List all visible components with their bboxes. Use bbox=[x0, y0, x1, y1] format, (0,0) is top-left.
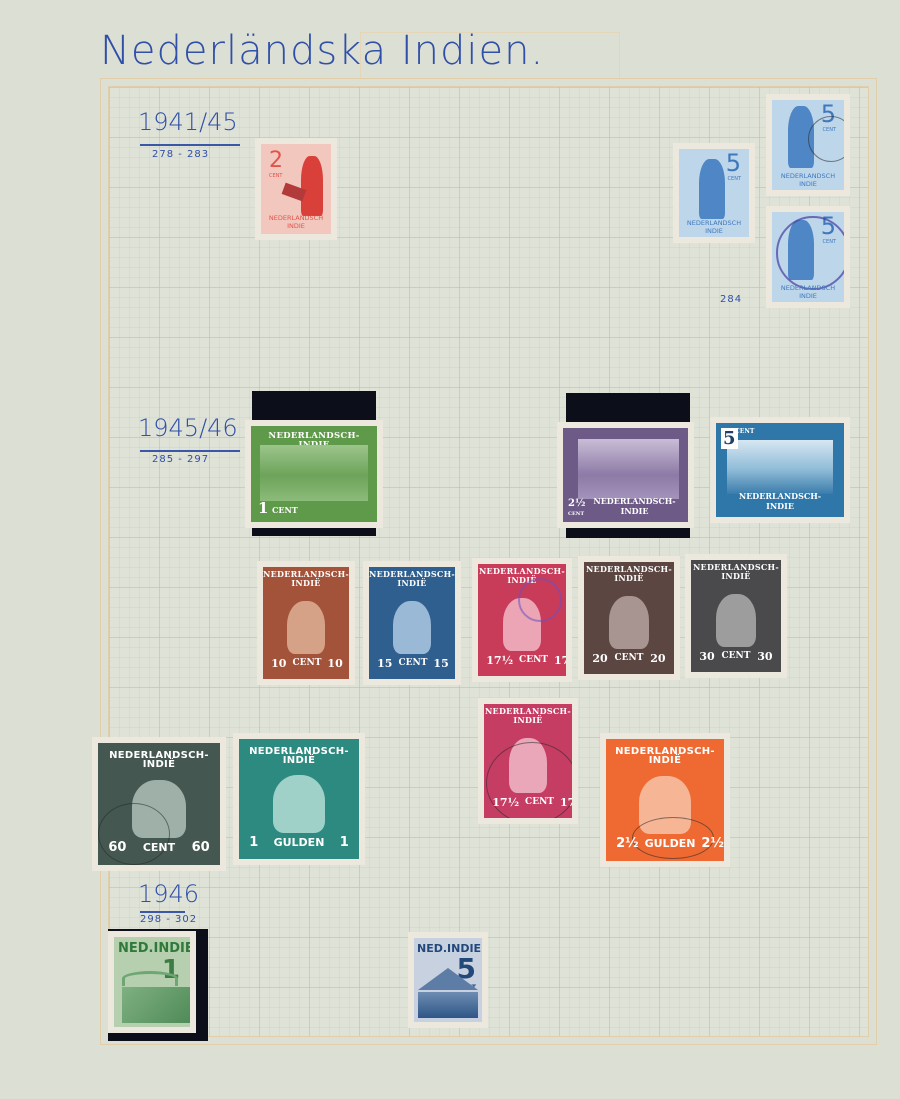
stamp[interactable]: NEDERLANDSCH-INDIË 2½GULDEN2½ bbox=[600, 733, 730, 867]
stamp[interactable]: NEDERLANDSCH-INDIË 15CENT15 bbox=[363, 561, 461, 685]
stamp-country: NEDERLANDSCH-INDIË bbox=[691, 560, 781, 581]
bridge-arch bbox=[122, 971, 178, 986]
stamp-value: 17½ bbox=[489, 796, 522, 809]
postmark bbox=[518, 578, 562, 622]
stamp[interactable]: 5 CENT NEDERLANDSCH INDIE bbox=[766, 206, 850, 308]
stamp-value-right: 60 bbox=[189, 840, 213, 855]
stamp-country: NEDERLANDSCH INDIE bbox=[772, 284, 844, 300]
stamp-value: 30 bbox=[696, 650, 717, 663]
stamp-value: 1 bbox=[246, 835, 261, 850]
stamp-unit: CENT bbox=[395, 658, 430, 668]
stamp-country: NEDERLANDSCH-INDIË bbox=[369, 567, 455, 588]
stamp[interactable]: NEDERLANDSCH-INDIË 17½CENT17½ bbox=[472, 558, 572, 682]
stamp-unit: GULDEN bbox=[642, 837, 699, 850]
stamp-country: NEDERLANDSCH-INDIË bbox=[584, 562, 674, 583]
queen-portrait bbox=[393, 601, 431, 655]
queen-portrait bbox=[273, 775, 326, 833]
stamp[interactable]: 2 CENT NEDERLANDSCH INDIE bbox=[255, 138, 337, 240]
catalogue-range: 285 - 297 bbox=[152, 454, 209, 465]
catalogue-note: 284 bbox=[720, 294, 742, 305]
stamp-value: 20 bbox=[589, 652, 610, 665]
stamp-unit: CENT bbox=[522, 797, 557, 807]
postmark bbox=[776, 216, 844, 290]
stamp-unit: CENT bbox=[289, 658, 324, 668]
stamp[interactable]: NEDERLANDSCH-INDIË 30CENT30 bbox=[685, 554, 787, 678]
stamp-unit: CENT bbox=[269, 173, 282, 179]
stamp[interactable]: NEDERLANDSCH-INDIË 60CENT60 bbox=[92, 737, 226, 871]
stamp-country: NEDERLANDSCH-INDIË bbox=[484, 704, 572, 725]
queen-portrait bbox=[609, 596, 649, 650]
stamp-value-right: 30 bbox=[754, 650, 775, 663]
dancer-figure bbox=[301, 156, 323, 216]
stamp[interactable]: 5 CENT NEDERLANDSCH INDIE bbox=[766, 94, 850, 196]
stamp[interactable]: NEDERLANDSCH-INDIË 1GULDEN1 bbox=[233, 733, 365, 865]
bridge-scene bbox=[122, 987, 190, 1023]
palm-scene bbox=[727, 440, 833, 494]
stamp-unit: CENT bbox=[568, 511, 584, 517]
stamp-value: 10 bbox=[268, 657, 289, 670]
queen-portrait bbox=[287, 601, 325, 655]
queen-portrait bbox=[716, 594, 756, 648]
stamp-country: NED.INDIE bbox=[118, 941, 190, 956]
stamp-unit: CENT bbox=[140, 841, 178, 854]
stamp-country: NEDERLANDSCH-INDIË bbox=[263, 567, 349, 588]
stamp-country: NEDERLANDSCH INDIE bbox=[263, 214, 329, 230]
stamp-value-right: 17½ bbox=[551, 654, 566, 667]
stamp-country: NEDERLANDSCH INDIE bbox=[679, 219, 749, 235]
stamp-unit: CENT bbox=[272, 505, 298, 515]
stamp[interactable]: 2½ CENT NEDERLANDSCH-INDIE bbox=[557, 422, 694, 528]
house-scene bbox=[418, 992, 478, 1018]
stamp-value-right: 10 bbox=[324, 657, 345, 670]
stamp-unit: CENT bbox=[728, 176, 741, 182]
stamp-value: 5 bbox=[726, 149, 741, 177]
stamp-value-right: 2½ bbox=[698, 836, 724, 851]
stamp[interactable]: NEDERLANDSCH-INDIË 20CENT20 bbox=[578, 556, 680, 680]
section-rule bbox=[140, 911, 185, 913]
section-year-1945-46: 1945/46 bbox=[138, 414, 238, 442]
stamp-value-right: 1 bbox=[337, 835, 352, 850]
album-page: Nederländska Indien. 1941/45 278 - 283 2… bbox=[0, 0, 900, 1099]
catalogue-range: 298 - 302 bbox=[140, 914, 197, 925]
building-scene bbox=[578, 439, 679, 499]
stamp[interactable]: NED.INDIE 5 CENT bbox=[408, 932, 488, 1028]
volcano bbox=[418, 968, 478, 990]
page-title: Nederländska Indien. bbox=[100, 28, 544, 74]
stamp-unit: CENT bbox=[612, 653, 647, 663]
stamp-value: 2 bbox=[269, 148, 283, 173]
section-year-1941-45: 1941/45 bbox=[138, 108, 238, 136]
landscape-scene bbox=[260, 445, 368, 501]
stamp-unit: CENT bbox=[735, 428, 754, 435]
stamp[interactable]: NED.INDIE 1 CENT bbox=[108, 931, 196, 1033]
stamp-unit: CENT bbox=[719, 651, 754, 661]
stamp-value: 2½ bbox=[613, 836, 642, 851]
section-rule bbox=[140, 450, 240, 452]
stamp-country: NEDERLANDSCH-INDIE bbox=[588, 496, 681, 516]
stamp-country: NEDERLANDSCH-INDIË bbox=[239, 739, 359, 765]
stamp[interactable]: 5 CENT NEDERLANDSCH-INDIE bbox=[710, 417, 850, 523]
stamp-value: 15 bbox=[374, 657, 395, 670]
section-rule bbox=[140, 144, 240, 146]
stamp-country: NEDERLANDSCH-INDIË bbox=[606, 739, 724, 765]
stamp-value-right: 15 bbox=[430, 657, 451, 670]
stamp-unit: CENT bbox=[516, 655, 551, 665]
stamp-unit: GULDEN bbox=[271, 836, 328, 849]
catalogue-range: 278 - 283 bbox=[152, 149, 209, 160]
stamp-country: NEDERLANDSCH INDIE bbox=[772, 172, 844, 188]
stamp-value: 1 bbox=[258, 499, 268, 517]
stamp[interactable]: NEDERLANDSCH-INDIË 17½CENT17½ bbox=[478, 698, 578, 824]
stamp[interactable]: 5 CENT NEDERLANDSCH INDIE bbox=[673, 143, 755, 243]
stamp-country: NEDERLANDSCH-INDIË bbox=[98, 743, 220, 769]
section-year-1946: 1946 bbox=[138, 880, 199, 908]
dancer-figure bbox=[699, 159, 725, 219]
stamp-value: 2½ bbox=[568, 498, 585, 509]
stamp-value: 60 bbox=[105, 840, 129, 855]
stamp[interactable]: NEDERLANDSCH-INDIË 10CENT10 bbox=[257, 561, 355, 685]
stamp[interactable]: NEDERLANDSCH-INDIE 1 CENT bbox=[245, 420, 383, 528]
stamp-value-right: 20 bbox=[647, 652, 668, 665]
stamp-country: NEDERLANDSCH-INDIE bbox=[725, 491, 835, 511]
stamp-value: 17½ bbox=[483, 654, 516, 667]
stamp-value-right: 17½ bbox=[557, 796, 572, 809]
